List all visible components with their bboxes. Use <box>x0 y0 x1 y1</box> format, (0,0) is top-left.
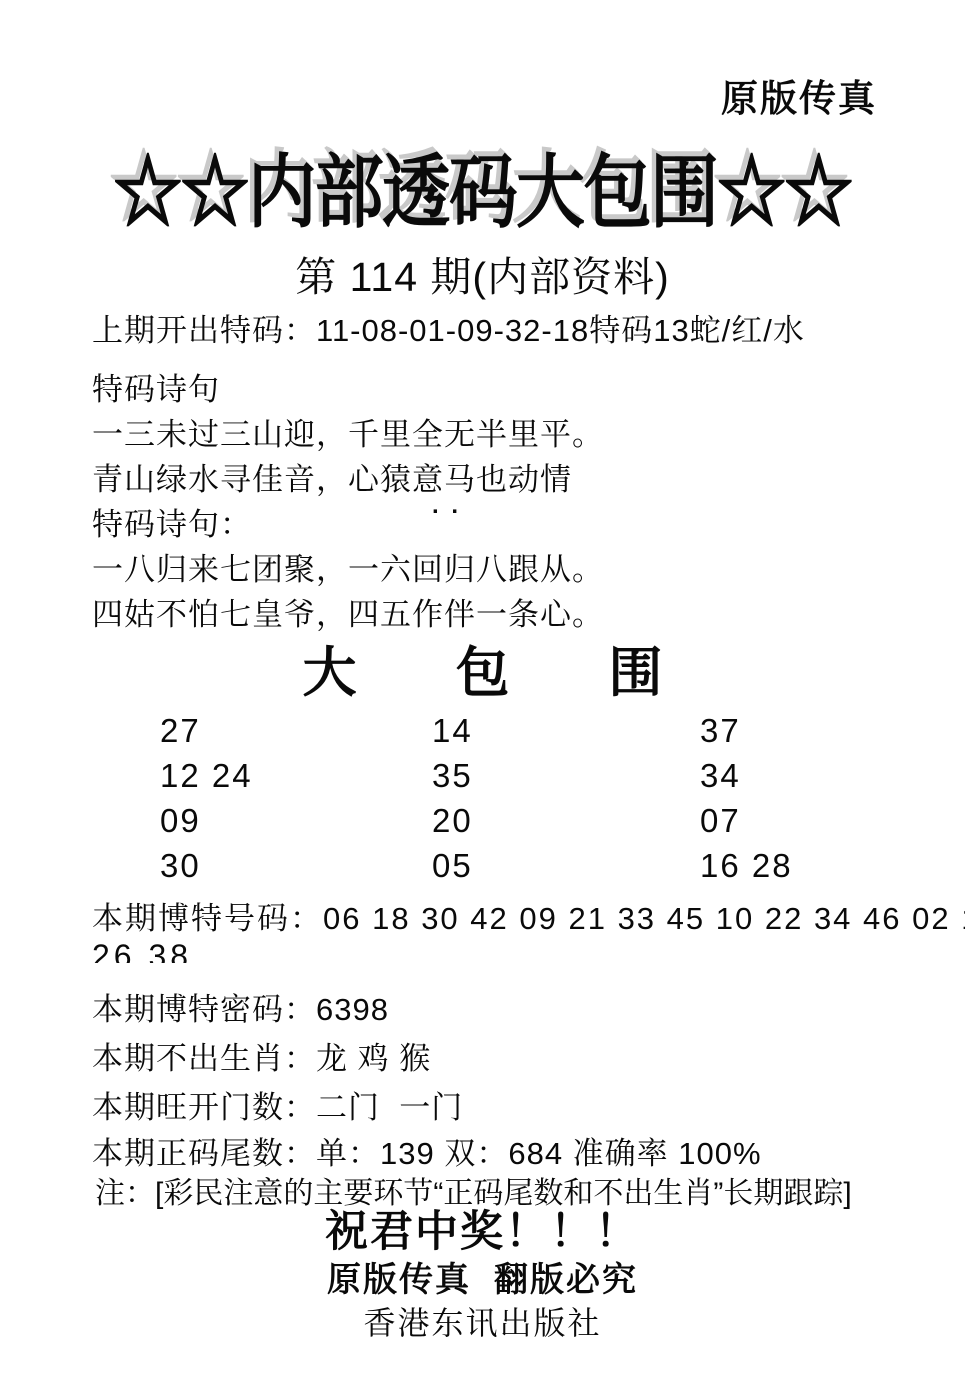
anti-piracy-line: 原版传真 翻版必究 <box>0 1252 965 1301</box>
bote-code-line: 本期博特密码：6398 <box>92 984 389 1029</box>
encirclement-cell-r1c3: 37 <box>700 712 741 750</box>
bote-numbers-overflow-line: 26 38 <box>92 938 192 963</box>
poem-second-heading: 特码诗句： <box>92 499 252 544</box>
lucky-doors-line: 本期旺开门数：二门 一门 <box>92 1082 463 1127</box>
last-draw-result-line: 上期开出特码：11-08-01-09-32-18特码13蛇/红/水 <box>92 305 805 350</box>
encirclement-cell-r3c1: 09 <box>160 802 201 840</box>
encirclement-cell-r2c1: 12 24 <box>160 757 253 795</box>
encirclement-cell-r4c1: 30 <box>160 847 201 885</box>
encirclement-cell-r4c2: 05 <box>432 847 473 885</box>
stray-dots-mark: . . <box>432 492 461 520</box>
encirclement-cell-r1c2: 14 <box>432 712 473 750</box>
poem-second-line-1: 一八归来七团聚，一六回归八跟从。 <box>92 544 604 589</box>
wish-line: 祝君中奖！！！ <box>0 1198 965 1259</box>
publisher-line: 香港东讯出版社 <box>0 1298 965 1344</box>
page-title: ☆☆内部透码大包围☆☆ <box>68 128 898 243</box>
encirclement-cell-r4c3: 16 28 <box>700 847 793 885</box>
bote-numbers-line: 本期博特号码：06 18 30 42 09 21 33 45 10 22 34 … <box>92 893 965 938</box>
poem-first-line-1: 一三未过三山迎，千里全无半里平。 <box>92 409 604 454</box>
excluded-zodiac-line: 本期不出生肖：龙 鸡 猴 <box>92 1033 431 1078</box>
original-fax-corner-label: 原版传真 <box>721 68 877 122</box>
tail-numbers-line: 本期正码尾数：单：139 双：684 准确率 100% <box>92 1128 762 1173</box>
encirclement-cell-r1c1: 27 <box>160 712 201 750</box>
poem-first-heading: 特码诗句 <box>92 364 220 409</box>
encirclement-cell-r3c2: 20 <box>432 802 473 840</box>
poem-second-line-2: 四姑不怕七皇爷，四五作伴一条心。 <box>92 589 604 634</box>
poem-first-line-2: 青山绿水寻佳音，心猿意马也动情 <box>92 454 572 499</box>
encirclement-cell-r2c2: 35 <box>432 757 473 795</box>
encirclement-cell-r3c3: 07 <box>700 802 741 840</box>
issue-number-line: 第 114 期(内部资料) <box>0 244 965 303</box>
big-encirclement-heading: 大 包 围 <box>0 630 965 707</box>
encirclement-cell-r2c3: 34 <box>700 757 741 795</box>
